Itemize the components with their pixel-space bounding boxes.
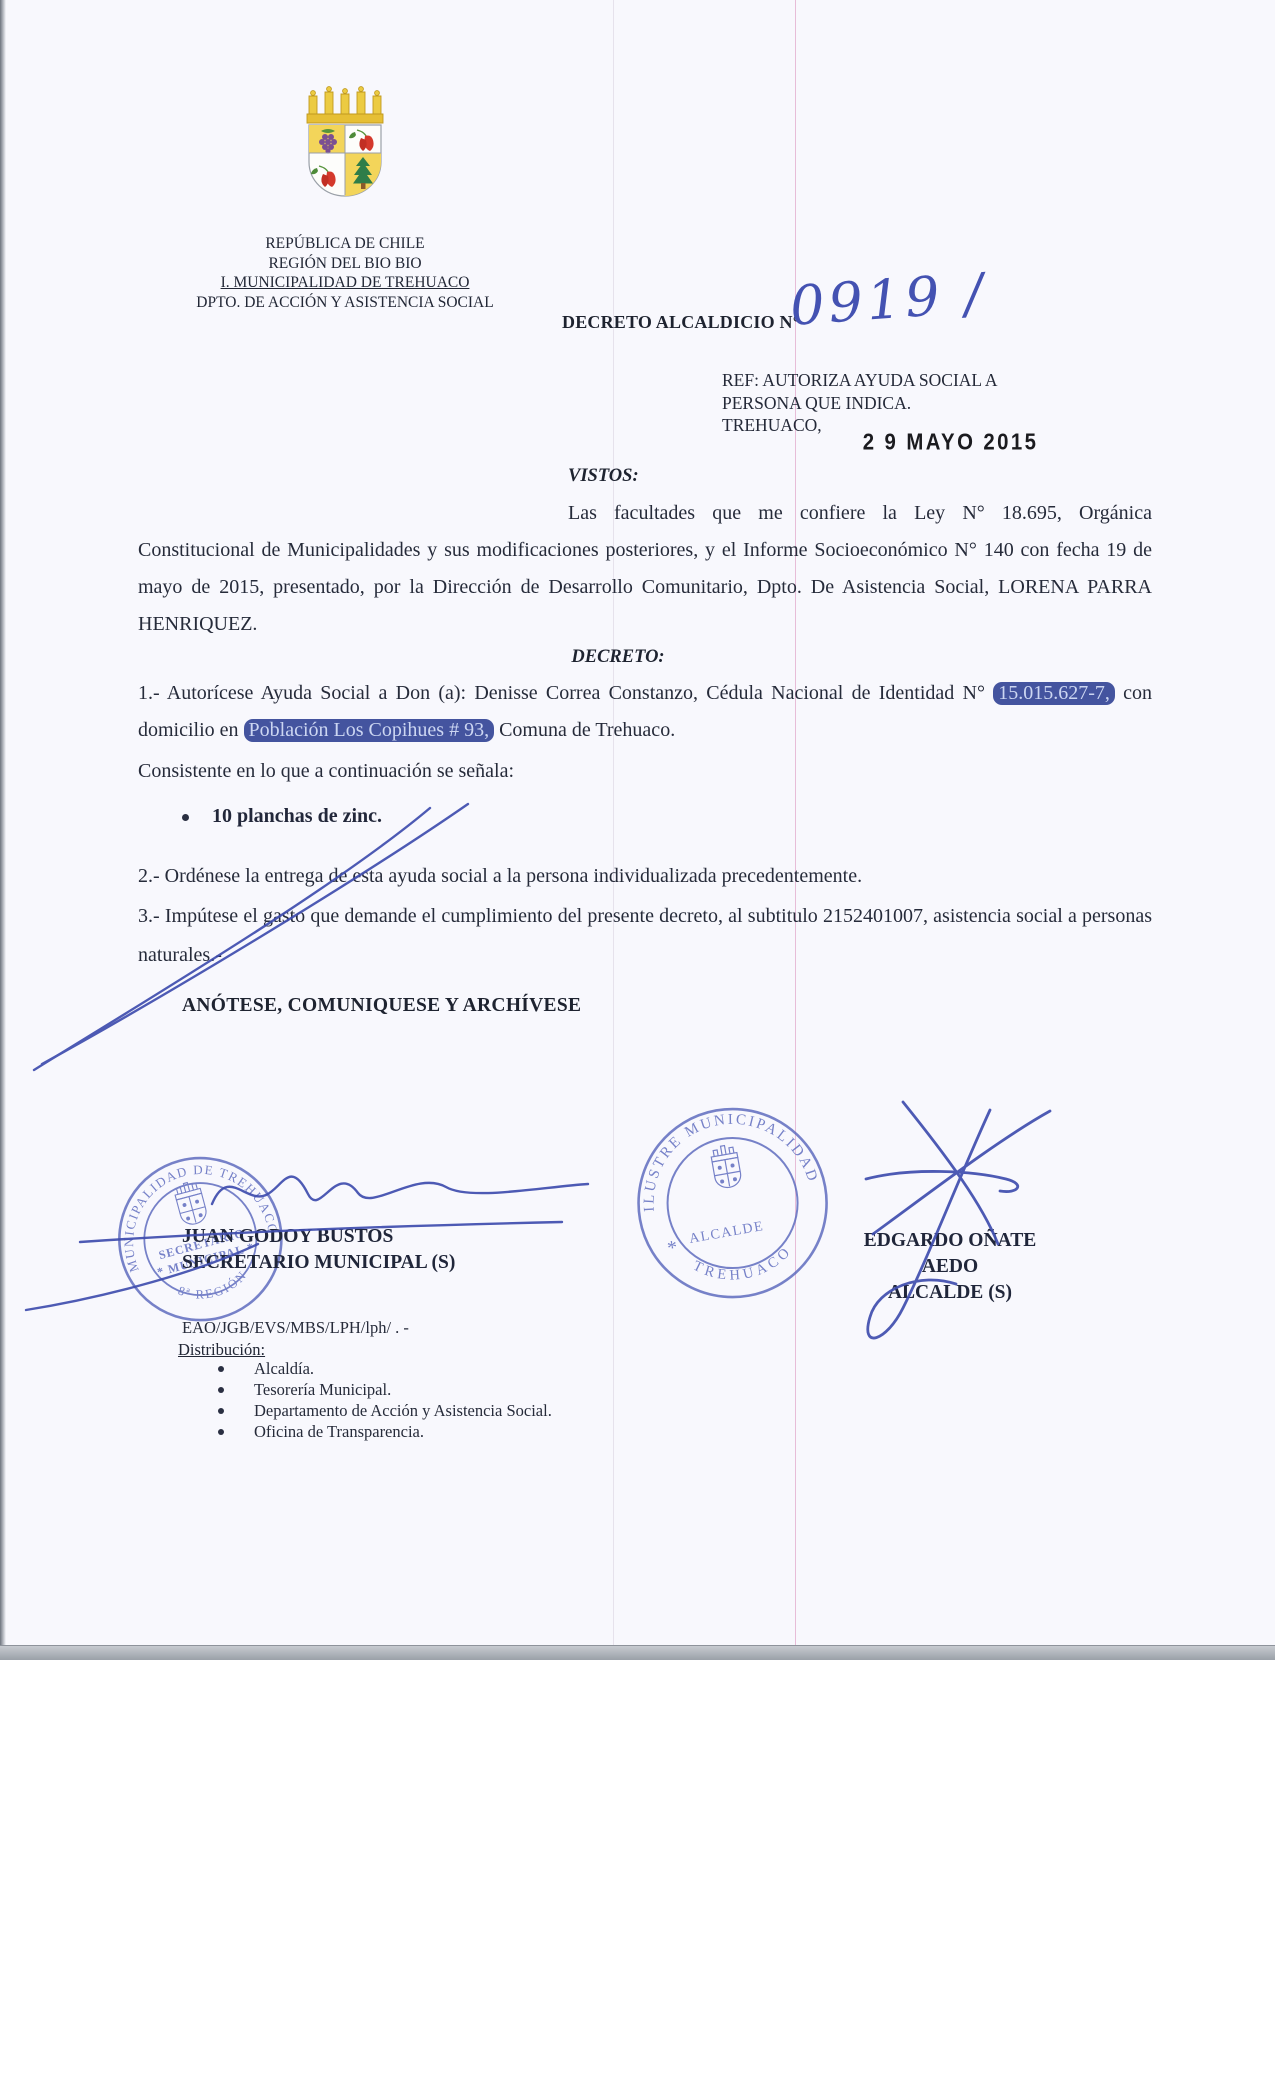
decree-title: DECRETO ALCALDICIO N° bbox=[562, 312, 800, 333]
redacted-address: Población Los Copihues # 93, bbox=[244, 719, 495, 742]
distribution-item: Departamento de Acción y Asistencia Soci… bbox=[218, 1400, 738, 1421]
distribution-item: Tesorería Municipal. bbox=[218, 1379, 738, 1400]
reference-line-2: PERSONA QUE INDICA. bbox=[722, 392, 998, 415]
distribution-item: Oficina de Transparencia. bbox=[218, 1421, 738, 1442]
letterhead-country: REPÚBLICA DE CHILE bbox=[95, 234, 595, 254]
secretary-signature-ink bbox=[26, 804, 588, 1310]
decreto-item-1-text-3: Comuna de Trehuaco. bbox=[494, 719, 675, 741]
municipal-coat-of-arms-icon bbox=[299, 84, 391, 216]
scanned-decree-document: REPÚBLICA DE CHILE REGIÓN DEL BIO BIO I.… bbox=[0, 0, 1275, 2100]
decreto-item-1: 1.- Autorícese Ayuda Social a Don (a): D… bbox=[138, 675, 1152, 748]
vistos-heading: VISTOS: bbox=[568, 466, 639, 487]
handwritten-signatures bbox=[0, 780, 1275, 1380]
mayor-signature-ink bbox=[866, 1102, 1050, 1338]
letterhead-department: DPTO. DE ACCIÓN Y ASISTENCIA SOCIAL bbox=[95, 293, 595, 313]
letterhead-region: REGIÓN DEL BIO BIO bbox=[95, 254, 595, 274]
scan-bottom-edge bbox=[0, 1645, 1275, 1660]
letterhead: REPÚBLICA DE CHILE REGIÓN DEL BIO BIO I.… bbox=[95, 234, 595, 312]
crest-crown bbox=[307, 87, 383, 123]
vistos-paragraph: Las facultades que me confiere la Ley N°… bbox=[138, 495, 1152, 643]
redacted-id-number: 15.015.627-7, bbox=[993, 682, 1115, 705]
letterhead-municipality: I. MUNICIPALIDAD DE TREHUACO bbox=[95, 273, 595, 293]
decreto-item-1-text: 1.- Autorícese Ayuda Social a Don (a): D… bbox=[138, 682, 993, 704]
reference-block: REF: AUTORIZA AYUDA SOCIAL A PERSONA QUE… bbox=[722, 369, 998, 437]
reference-line-1: REF: AUTORIZA AYUDA SOCIAL A bbox=[722, 369, 998, 392]
crest-shield bbox=[309, 125, 381, 196]
date-stamp: 2 9 MAYO 2015 bbox=[863, 430, 1039, 457]
decreto-heading: DECRETO: bbox=[138, 647, 1098, 668]
